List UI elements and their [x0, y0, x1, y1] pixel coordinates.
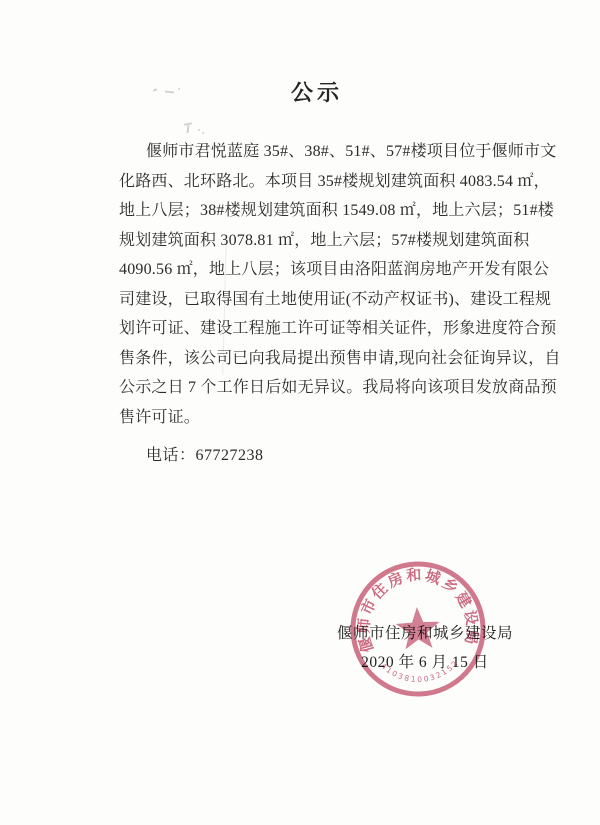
contact-phone: 电话：67727238	[119, 441, 264, 471]
page-title: 公示	[0, 76, 600, 107]
scan-smudge	[184, 121, 208, 137]
announcement-body: 偃师市君悦蓝庭 35#、38#、51#、57#楼项目位于偃师市文 化路西、北环路…	[119, 137, 517, 432]
body-line-5: 4090.56 ㎡，地上八层；该项目由洛阳蓝润房地产开发有限公	[119, 255, 517, 285]
official-red-seal: 偃师市住房和城乡建设局 4103810032152	[336, 547, 500, 711]
body-line-6: 司建设，已取得国有土地使用证(不动产权证书)、建设工程规	[119, 285, 517, 315]
seal-serial-number: 4103810032152	[379, 657, 462, 686]
seal-star-icon	[395, 606, 441, 650]
body-line-2: 化路西、北环路北。本项目 35#楼规划建筑面积 4083.54 ㎡，	[119, 167, 517, 197]
body-line-3: 地上八层；38#楼规划建筑面积 1549.08 ㎡，地上六层；51#楼	[119, 196, 517, 226]
body-line-1: 偃师市君悦蓝庭 35#、38#、51#、57#楼项目位于偃师市文	[119, 137, 517, 167]
body-line-9: 公示之日 7 个工作日后如无异议。我局将向该项目发放商品预	[119, 373, 517, 403]
body-line-4: 规划建筑面积 3078.81 ㎡，地上六层；57#楼规划建筑面积	[119, 226, 517, 256]
scan-smudge	[153, 86, 183, 94]
scanned-announcement-page: 公示 偃师市君悦蓝庭 35#、38#、51#、57#楼项目位于偃师市文 化路西、…	[0, 0, 600, 825]
body-line-10: 售许可证。	[119, 403, 517, 433]
body-line-7: 划许可证、建设工程施工许可证等相关证件，形象进度符合预	[119, 314, 517, 344]
body-line-8: 售条件，该公司已向我局提出预售申请,现向社会征询异议，自	[119, 344, 517, 374]
svg-text:4103810032152: 4103810032152	[379, 657, 462, 686]
